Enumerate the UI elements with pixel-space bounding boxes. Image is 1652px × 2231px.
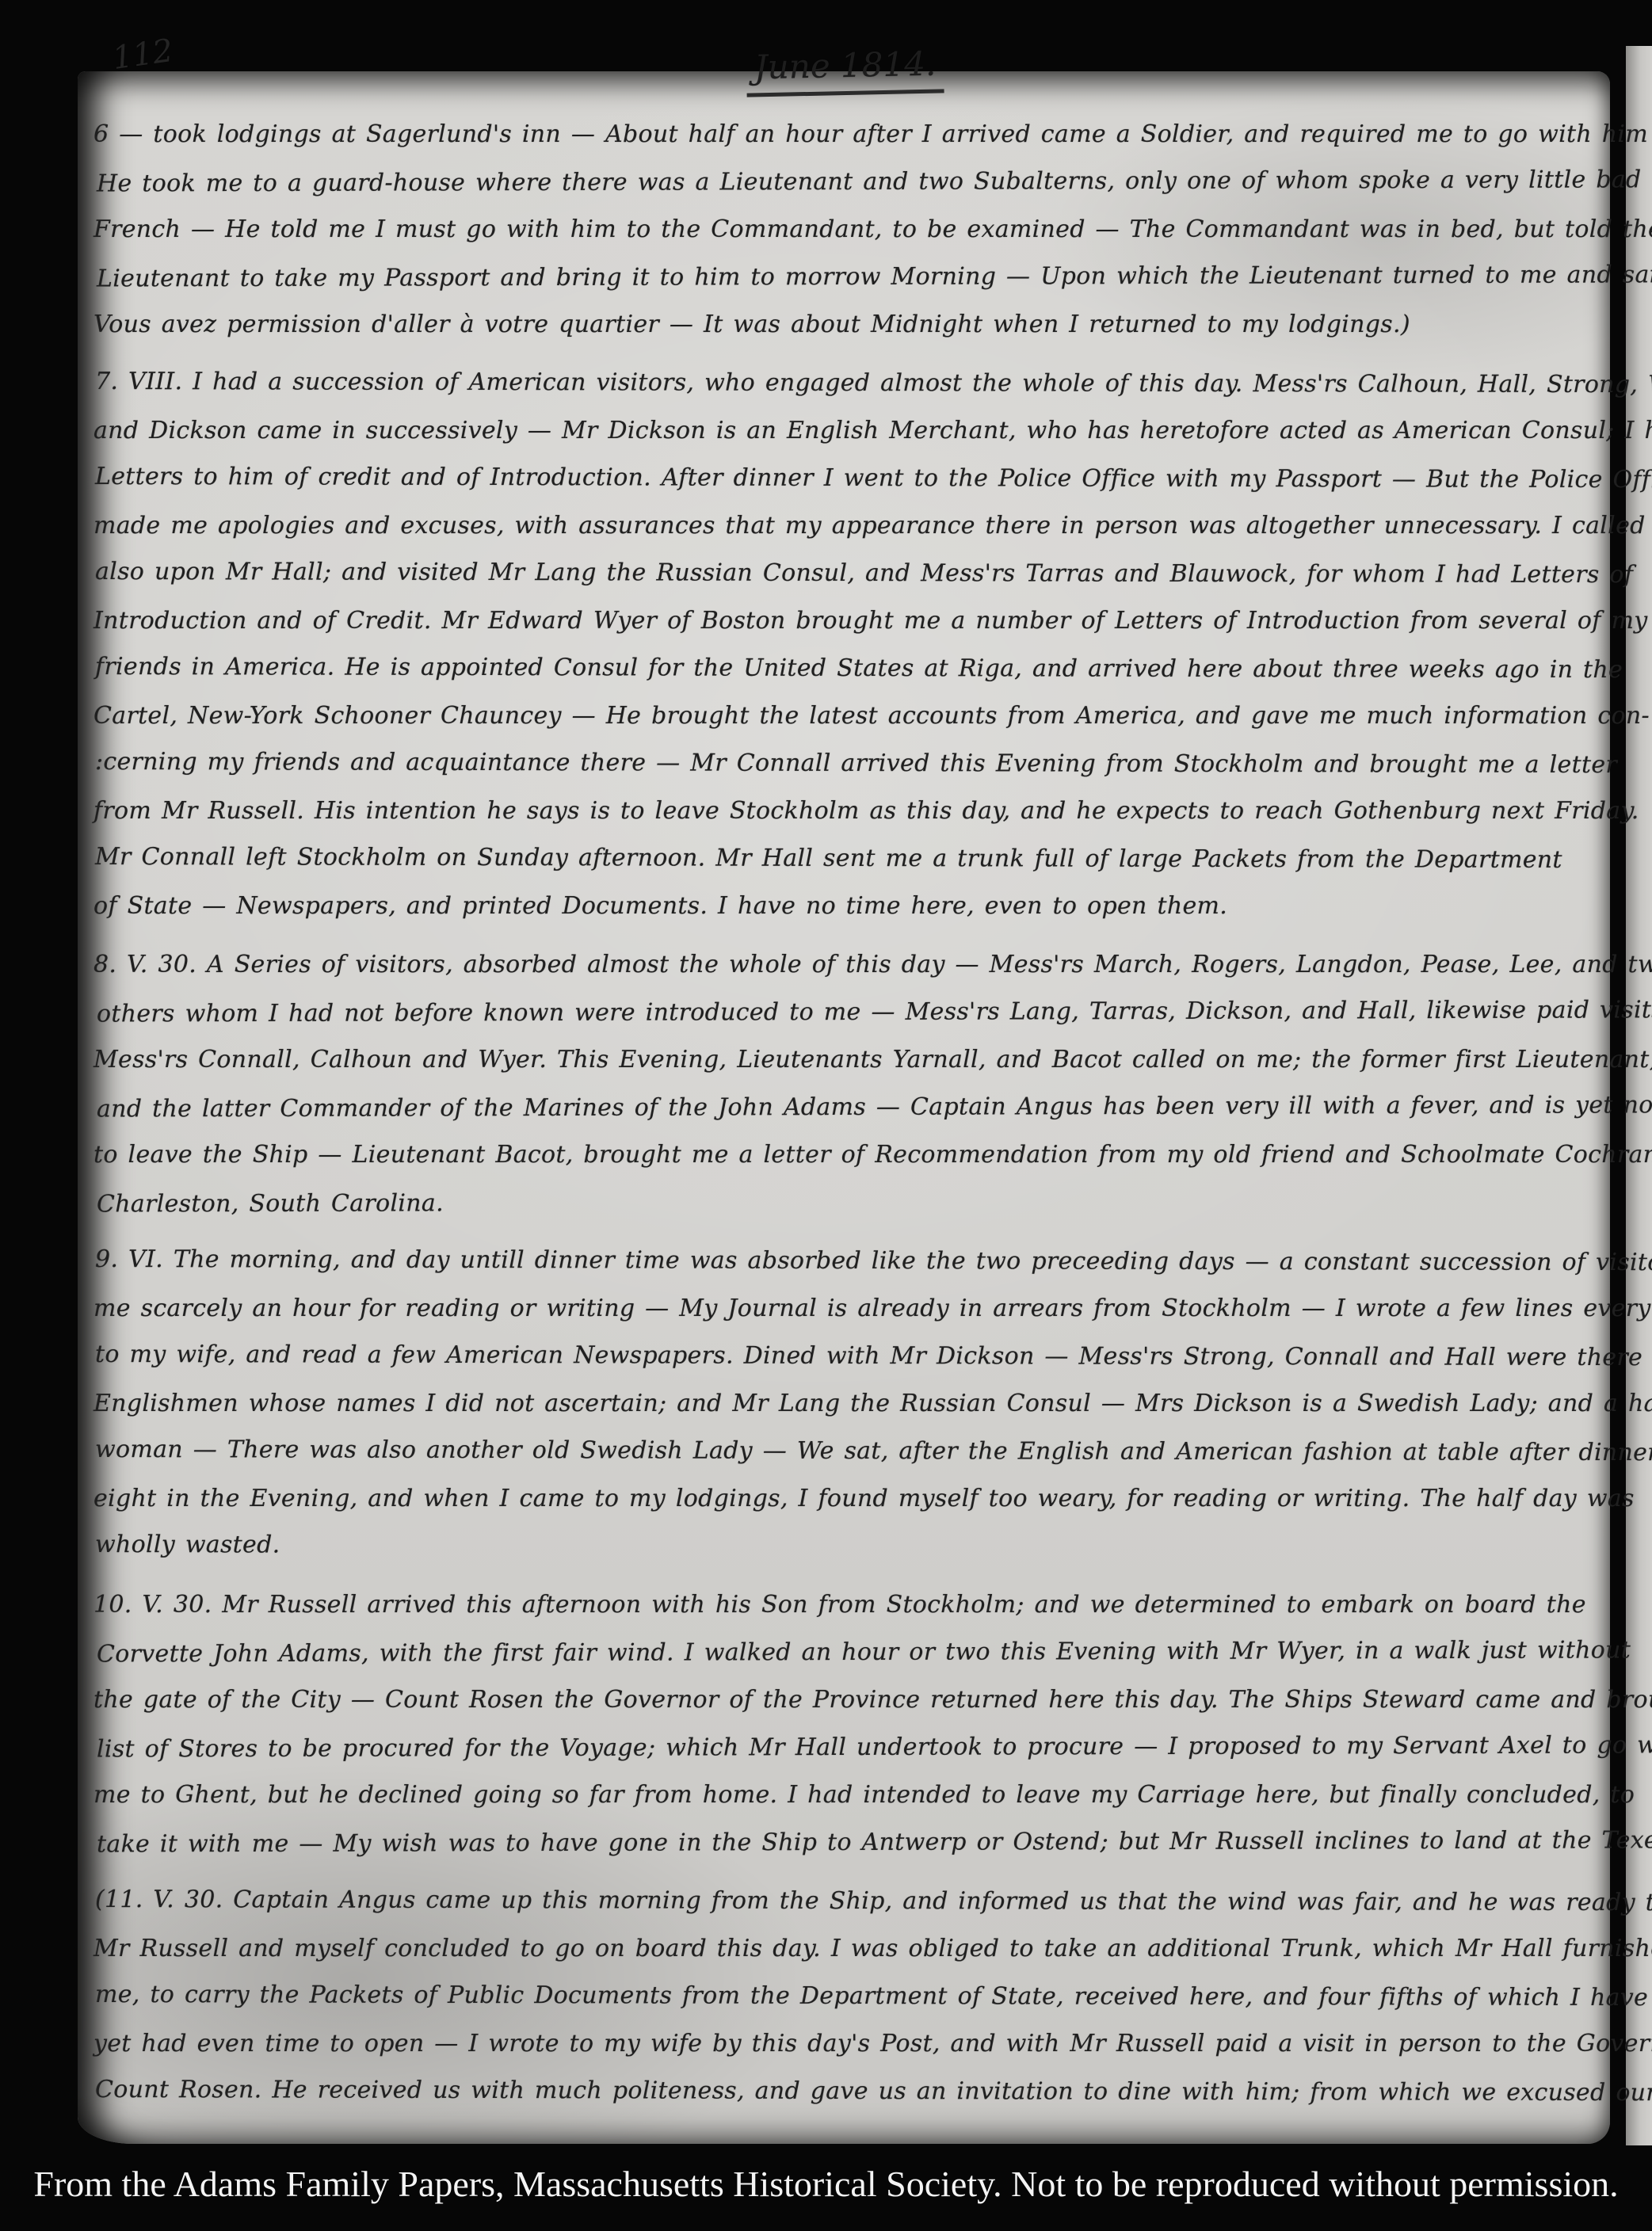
diary-entry-june7: 7. VIII. I had a succession of American … bbox=[93, 360, 1599, 930]
handwriting-line: Mess'rs Connall, Calhoun and Wyer. This … bbox=[93, 1036, 1599, 1084]
handwriting-line: :cerning my friends and acquaintance the… bbox=[95, 738, 1600, 789]
photo-frame: 112 June 1814. 6 — took lodgings at Sage… bbox=[0, 0, 1652, 2231]
handwriting-line: made me apologies and excuses, with assu… bbox=[93, 502, 1599, 550]
handwriting-line: woman — There was also another old Swedi… bbox=[95, 1426, 1600, 1477]
handwriting-line: of State — Newspapers, and printed Docum… bbox=[93, 883, 1599, 930]
handwriting-line: also upon Mr Hall; and visited Mr Lang t… bbox=[95, 548, 1600, 599]
handwriting-line: 7. VIII. I had a succession of American … bbox=[95, 358, 1600, 409]
handwriting-line: 9. VI. The morning, and day untill dinne… bbox=[95, 1236, 1600, 1287]
handwriting-line: friends in America. He is appointed Cons… bbox=[95, 643, 1600, 694]
handwriting-line: me, to carry the Packets of Public Docum… bbox=[95, 1971, 1600, 2022]
handwriting-line: Introduction and of Credit. Mr Edward Wy… bbox=[93, 597, 1599, 645]
diary-entry-june11: (11. V. 30. Captain Angus came up this m… bbox=[93, 1878, 1599, 2115]
credit-caption: From the Adams Family Papers, Massachuse… bbox=[0, 2163, 1652, 2205]
handwriting-line: others whom I had not before known were … bbox=[97, 987, 1602, 1039]
handwriting-line: me scarcely an hour for reading or writi… bbox=[93, 1285, 1599, 1333]
handwriting-line: French — He told me I must go with him t… bbox=[93, 206, 1599, 254]
handwriting-line: list of Stores to be procured for the Vo… bbox=[97, 1722, 1602, 1774]
diary-entry-june6: 6 — took lodgings at Sagerlund's inn — A… bbox=[93, 111, 1599, 349]
handwriting-line: to leave the Ship — Lieutenant Bacot, br… bbox=[93, 1131, 1599, 1179]
handwriting-line: (11. V. 30. Captain Angus came up this m… bbox=[95, 1876, 1600, 1927]
handwriting-line: and Dickson came in successively — Mr Di… bbox=[93, 407, 1599, 455]
handwritten-text-block: 6 — took lodgings at Sagerlund's inn — A… bbox=[93, 111, 1599, 2126]
diary-entry-june9: 9. VI. The morning, and day untill dinne… bbox=[93, 1238, 1599, 1570]
handwriting-line: take it with me — My wish was to have go… bbox=[97, 1817, 1602, 1869]
handwriting-line: eight in the Evening, and when I came to… bbox=[93, 1475, 1599, 1523]
handwriting-line: Englishmen whose names I did not ascerta… bbox=[93, 1380, 1599, 1428]
handwriting-line: Charleston, South Carolina. bbox=[97, 1177, 1602, 1229]
page-number: 112 bbox=[110, 32, 175, 77]
handwriting-line: Cartel, New-York Schooner Chauncey — He … bbox=[93, 692, 1599, 740]
handwriting-line: Vous avez permission d'aller à votre qua… bbox=[93, 301, 1599, 349]
handwriting-line: me to Ghent, but he declined going so fa… bbox=[93, 1771, 1599, 1819]
diary-entry-june10: 10. V. 30. Mr Russell arrived this after… bbox=[93, 1581, 1599, 1867]
handwriting-line: wholly wasted. bbox=[95, 1521, 1600, 1572]
handwriting-line: Mr Connall left Stockholm on Sunday afte… bbox=[95, 833, 1600, 884]
handwriting-line: to my wife, and read a few American News… bbox=[95, 1331, 1600, 1382]
handwriting-line: Corvette John Adams, with the first fair… bbox=[97, 1627, 1602, 1679]
handwriting-line: and the latter Commander of the Marines … bbox=[97, 1082, 1602, 1134]
date-heading: June 1814. bbox=[746, 44, 944, 97]
handwriting-line: Mr Russell and myself concluded to go on… bbox=[93, 1925, 1599, 1973]
handwriting-line: from Mr Russell. His intention he says i… bbox=[93, 788, 1599, 835]
handwriting-line: He took me to a guard-house where there … bbox=[97, 157, 1602, 208]
handwriting-line: yet had even time to open — I wrote to m… bbox=[93, 2020, 1599, 2068]
diary-entry-june8: 8. V. 30. A Series of visitors, absorbed… bbox=[93, 941, 1599, 1226]
handwriting-line: Lieutenant to take my Passport and bring… bbox=[97, 252, 1602, 303]
handwriting-line: 8. V. 30. A Series of visitors, absorbed… bbox=[93, 941, 1599, 989]
handwriting-line: Letters to him of credit and of Introduc… bbox=[95, 453, 1600, 504]
handwriting-line: the gate of the City — Count Rosen the G… bbox=[93, 1676, 1599, 1724]
handwriting-line: 6 — took lodgings at Sagerlund's inn — A… bbox=[93, 111, 1599, 158]
handwriting-line: 10. V. 30. Mr Russell arrived this after… bbox=[93, 1581, 1599, 1629]
handwriting-line: Count Rosen. He received us with much po… bbox=[95, 2066, 1600, 2117]
